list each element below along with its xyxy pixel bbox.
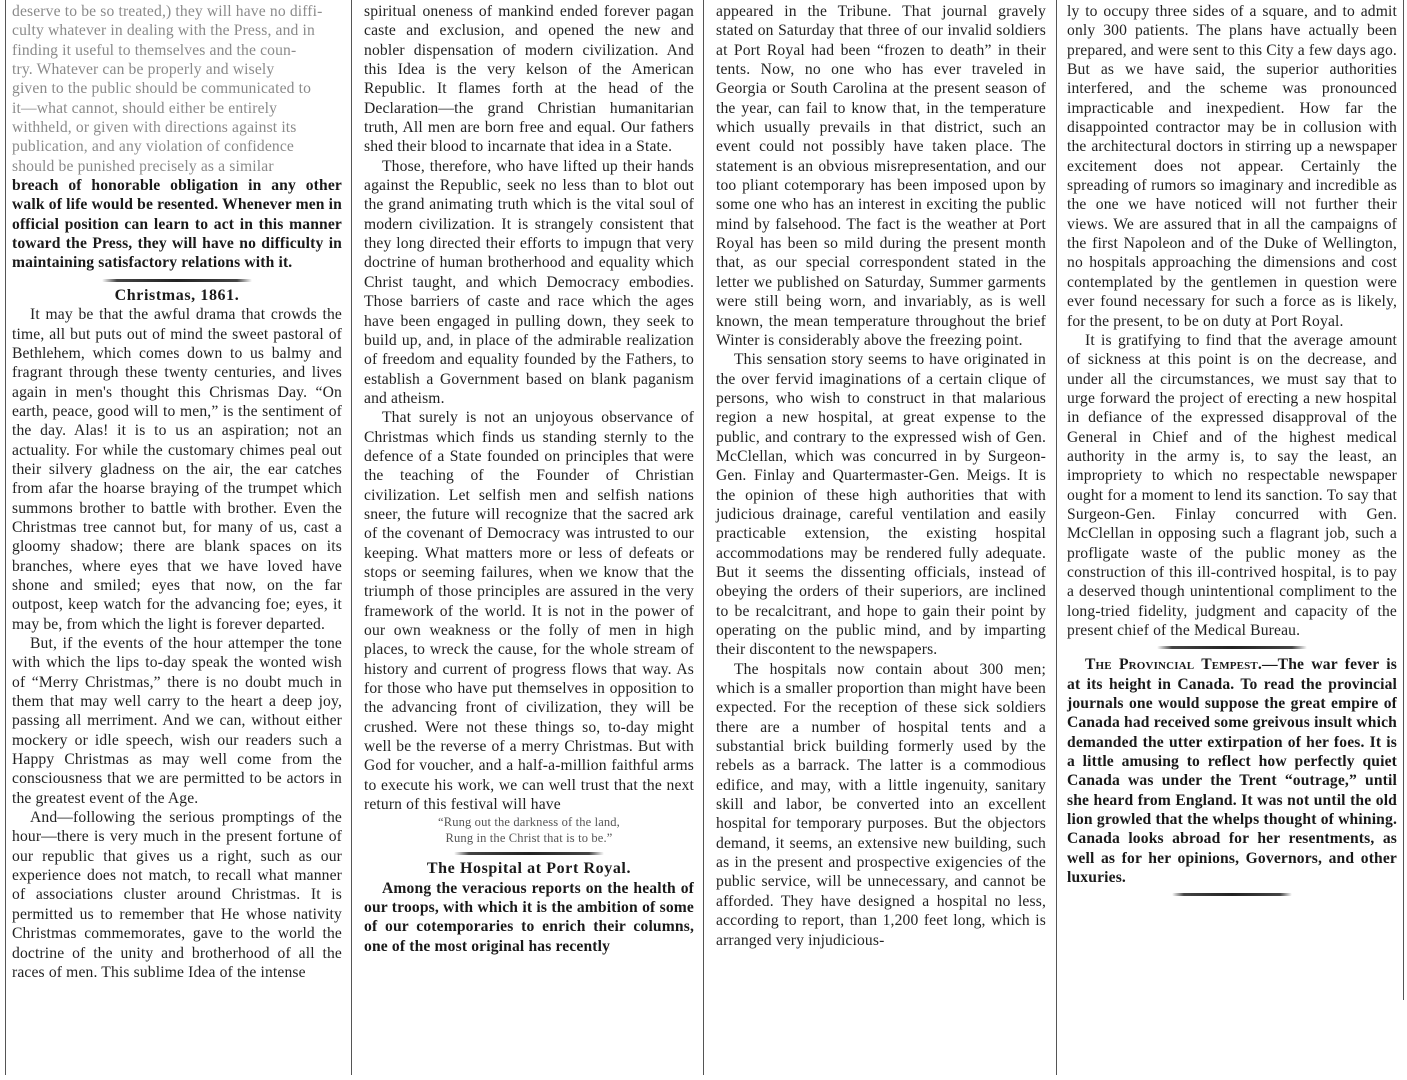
article-paragraph: This sensation story seems to have origi… (716, 350, 1046, 660)
article-paragraph: ly to occupy three sides of a square, an… (1067, 2, 1397, 331)
continued-paragraph: breach of honorable obligation in any ot… (12, 176, 342, 273)
faded-line: given to the public should be communicat… (12, 79, 342, 98)
verse-line: Rung in the Christ that is to be.” (364, 830, 694, 846)
column-1: deserve to be so treated,) they will hav… (12, 2, 342, 982)
article-paragraph: appeared in the Tribune. That journal gr… (716, 2, 1046, 350)
column-3: appeared in the Tribune. That journal gr… (716, 2, 1046, 950)
section-divider (102, 279, 252, 282)
article-paragraph: The hospitals now contain about 300 men;… (716, 660, 1046, 950)
column-rule (351, 0, 352, 1075)
news-item: The Provincial Tempest.—The war fever is… (1067, 655, 1397, 887)
column-rule (1403, 0, 1404, 1000)
column-rule (5, 0, 6, 1075)
article-title-hospital: The Hospital at Port Royal. (364, 859, 694, 878)
faded-line: culty whatever in dealing with the Press… (12, 21, 342, 40)
column-2: spiritual oneness of mankind ended forev… (364, 2, 694, 956)
verse-quote: “Rung out the darkness of the land, Rung… (364, 814, 694, 846)
article-paragraph: It may be that the awful drama that crow… (12, 305, 342, 634)
article-paragraph: It is gratifying to find that the averag… (1067, 331, 1397, 641)
article-paragraph: Among the veracious reports on the healt… (364, 879, 694, 956)
column-rule (1056, 0, 1057, 1075)
news-item-title: The Provincial Tempest. (1085, 656, 1262, 673)
faded-paragraph: deserve to be so treated,) they will hav… (12, 2, 342, 176)
faded-line: publication, and any violation of confid… (12, 137, 342, 156)
section-divider (1157, 646, 1307, 649)
article-paragraph: Those, therefore, who have lifted up the… (364, 157, 694, 408)
faded-line: deserve to be so treated,) they will hav… (12, 2, 342, 21)
article-paragraph: spiritual oneness of mankind ended forev… (364, 2, 694, 157)
section-divider (454, 852, 604, 855)
news-item-body: —The war fever is at its height in Canad… (1067, 656, 1397, 886)
article-paragraph: And—following the serious promptings of … (12, 808, 342, 982)
article-paragraph: That surely is not an unjoyous observanc… (364, 408, 694, 814)
column-rule (703, 0, 704, 1075)
faded-line: try. Whatever can be properly and wisely (12, 60, 342, 79)
section-divider (1172, 893, 1292, 896)
faded-line: should be punished precisely as a simila… (12, 157, 342, 176)
faded-line: withheld, or given with directions again… (12, 118, 342, 137)
verse-line: “Rung out the darkness of the land, (364, 814, 694, 830)
column-4: ly to occupy three sides of a square, an… (1067, 2, 1397, 900)
faded-line: finding it useful to themselves and the … (12, 41, 342, 60)
newspaper-page: deserve to be so treated,) they will hav… (0, 0, 1407, 1080)
faded-line: it—what cannot, should either be entirel… (12, 99, 342, 118)
article-title-christmas: Christmas, 1861. (12, 286, 342, 305)
article-paragraph: But, if the events of the hour attemper … (12, 634, 342, 808)
